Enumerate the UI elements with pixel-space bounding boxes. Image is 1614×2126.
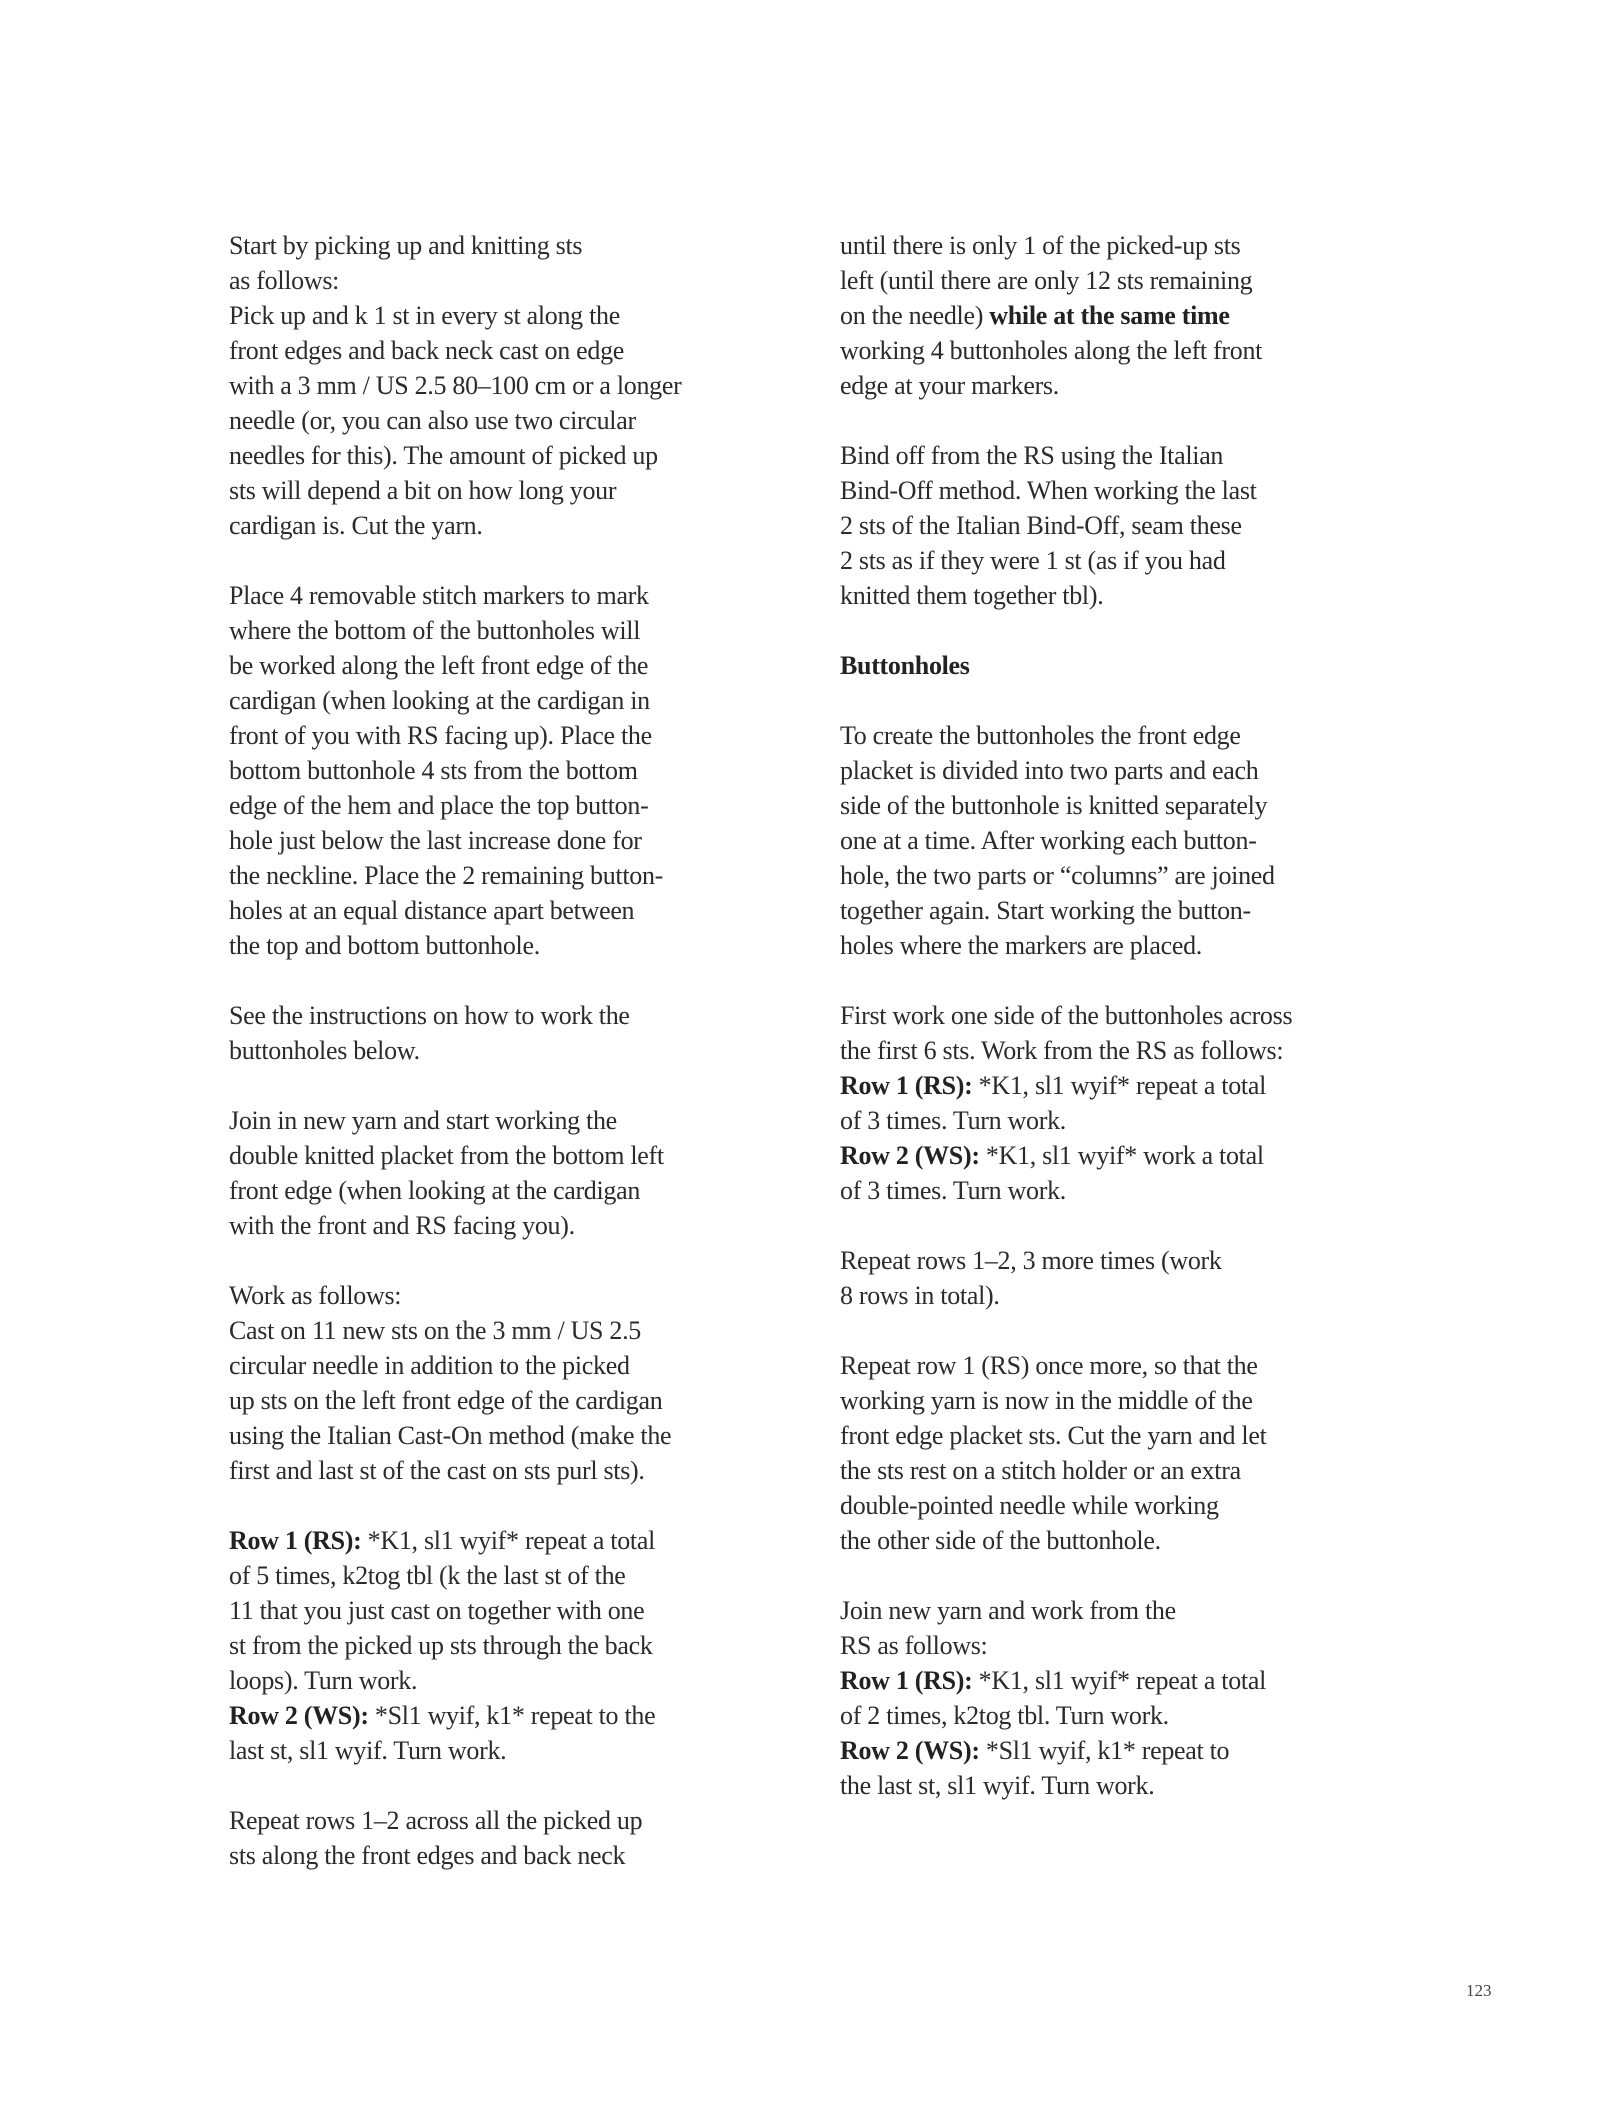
text-line: until there is only 1 of the picked-up s… bbox=[840, 228, 1440, 263]
text-line: front edges and back neck cast on edge bbox=[229, 333, 809, 368]
text-line: the sts rest on a stitch holder or an ex… bbox=[840, 1453, 1440, 1488]
row-text: *K1, sl1 wyif* work a total bbox=[980, 1141, 1264, 1170]
text-line: needles for this). The amount of picked … bbox=[229, 438, 809, 473]
row-label: Row 2 (WS): bbox=[840, 1141, 980, 1170]
paragraph-gap bbox=[840, 1313, 1440, 1348]
row-label: Row 2 (WS): bbox=[840, 1736, 980, 1765]
text-line: 8 rows in total). bbox=[840, 1278, 1440, 1313]
text-line: front edge (when looking at the cardigan bbox=[229, 1173, 809, 1208]
text-line: of 5 times, k2tog tbl (k the last st of … bbox=[229, 1558, 809, 1593]
text-line: 2 sts as if they were 1 st (as if you ha… bbox=[840, 543, 1440, 578]
text-line: Repeat rows 1–2, 3 more times (work bbox=[840, 1243, 1440, 1278]
text-line: where the bottom of the buttonholes will bbox=[229, 613, 809, 648]
row-text: *K1, sl1 wyif* repeat a total bbox=[361, 1526, 655, 1555]
text-line: Bind off from the RS using the Italian bbox=[840, 438, 1440, 473]
paragraph-repeat-rows-3-times: Repeat rows 1–2, 3 more times (work 8 ro… bbox=[840, 1243, 1440, 1313]
text-line: with a 3 mm / US 2.5 80–100 cm or a long… bbox=[229, 368, 809, 403]
text-line: Pick up and k 1 st in every st along the bbox=[229, 298, 809, 333]
text-line: First work one side of the buttonholes a… bbox=[840, 998, 1440, 1033]
row-text: *Sl1 wyif, k1* repeat to the bbox=[369, 1701, 656, 1730]
text-line: cardigan (when looking at the cardigan i… bbox=[229, 683, 809, 718]
text-line: 2 sts of the Italian Bind-Off, seam thes… bbox=[840, 508, 1440, 543]
row-1-instruction: Row 1 (RS): *K1, sl1 wyif* repeat a tota… bbox=[229, 1523, 809, 1558]
row-label: Row 2 (WS): bbox=[229, 1701, 369, 1730]
paragraph-repeat-rows: Repeat rows 1–2 across all the picked up… bbox=[229, 1803, 809, 1873]
text-line: st from the picked up sts through the ba… bbox=[229, 1628, 809, 1663]
text-line: Repeat row 1 (RS) once more, so that the bbox=[840, 1348, 1440, 1383]
text-line: using the Italian Cast-On method (make t… bbox=[229, 1418, 809, 1453]
text-line: Join in new yarn and start working the bbox=[229, 1103, 809, 1138]
page-number: 123 bbox=[1466, 1981, 1492, 2001]
paragraph-gap bbox=[840, 1558, 1440, 1593]
text-line: as follows: bbox=[229, 263, 809, 298]
text-line: left (until there are only 12 sts remain… bbox=[840, 263, 1440, 298]
text-line: side of the buttonhole is knitted separa… bbox=[840, 788, 1440, 823]
text-line: hole just below the last increase done f… bbox=[229, 823, 809, 858]
paragraph-gap bbox=[840, 403, 1440, 438]
text-line: double knitted placket from the bottom l… bbox=[229, 1138, 809, 1173]
text-line: knitted them together tbl). bbox=[840, 578, 1440, 613]
paragraph-pick-up-stitches: Start by picking up and knitting sts as … bbox=[229, 228, 809, 543]
text-line: Join new yarn and work from the bbox=[840, 1593, 1440, 1628]
text-line: 11 that you just cast on together with o… bbox=[229, 1593, 809, 1628]
text-line: hole, the two parts or “columns” are joi… bbox=[840, 858, 1440, 893]
text-line: cardigan is. Cut the yarn. bbox=[229, 508, 809, 543]
row-2-instruction: Row 2 (WS): *Sl1 wyif, k1* repeat to bbox=[840, 1733, 1440, 1768]
document-page: Start by picking up and knitting sts as … bbox=[0, 0, 1614, 2126]
row-text: *K1, sl1 wyif* repeat a total bbox=[972, 1071, 1266, 1100]
text-line: edge at your markers. bbox=[840, 368, 1440, 403]
paragraph-row-instructions: Row 1 (RS): *K1, sl1 wyif* repeat a tota… bbox=[229, 1523, 809, 1768]
text-line: front edge placket sts. Cut the yarn and… bbox=[840, 1418, 1440, 1453]
text-line: needle (or, you can also use two circula… bbox=[229, 403, 809, 438]
paragraph-gap bbox=[229, 1243, 809, 1278]
section-heading-buttonholes: Buttonholes bbox=[840, 648, 1440, 683]
text-line: of 3 times. Turn work. bbox=[840, 1103, 1440, 1138]
text-line: sts along the front edges and back neck bbox=[229, 1838, 809, 1873]
paragraph-cast-on: Work as follows: Cast on 11 new sts on t… bbox=[229, 1278, 809, 1488]
text-line: the neckline. Place the 2 remaining butt… bbox=[229, 858, 809, 893]
paragraph-gap bbox=[229, 1488, 809, 1523]
paragraph-other-side: Join new yarn and work from the RS as fo… bbox=[840, 1593, 1440, 1803]
text-line: together again. Start working the button… bbox=[840, 893, 1440, 928]
text-line: the last st, sl1 wyif. Turn work. bbox=[840, 1768, 1440, 1803]
text-line: holes where the markers are placed. bbox=[840, 928, 1440, 963]
text-line: working 4 buttonholes along the left fro… bbox=[840, 333, 1440, 368]
paragraph-gap bbox=[229, 1068, 809, 1103]
emphasis-while-same-time: while at the same time bbox=[989, 301, 1229, 330]
row-label: Row 1 (RS): bbox=[840, 1666, 972, 1695]
text-line: Cast on 11 new sts on the 3 mm / US 2.5 bbox=[229, 1313, 809, 1348]
paragraph-first-side: First work one side of the buttonholes a… bbox=[840, 998, 1440, 1208]
text-line: To create the buttonholes the front edge bbox=[840, 718, 1440, 753]
text-line: on the needle) while at the same time bbox=[840, 298, 1440, 333]
left-column: Start by picking up and knitting sts as … bbox=[229, 228, 809, 1873]
text-line: Repeat rows 1–2 across all the picked up bbox=[229, 1803, 809, 1838]
text-line: Bind-Off method. When working the last bbox=[840, 473, 1440, 508]
text-line: bottom buttonhole 4 sts from the bottom bbox=[229, 753, 809, 788]
text-line: the first 6 sts. Work from the RS as fol… bbox=[840, 1033, 1440, 1068]
text-line: buttonholes below. bbox=[229, 1033, 809, 1068]
text-line: Work as follows: bbox=[229, 1278, 809, 1313]
paragraph-gap bbox=[840, 683, 1440, 718]
paragraph-repeat-row-1: Repeat row 1 (RS) once more, so that the… bbox=[840, 1348, 1440, 1558]
paragraph-gap bbox=[229, 543, 809, 578]
paragraph-gap bbox=[229, 1768, 809, 1803]
text-line: circular needle in addition to the picke… bbox=[229, 1348, 809, 1383]
text-line: front of you with RS facing up). Place t… bbox=[229, 718, 809, 753]
text-line: Start by picking up and knitting sts bbox=[229, 228, 809, 263]
row-text: *K1, sl1 wyif* repeat a total bbox=[972, 1666, 1266, 1695]
text-line: first and last st of the cast on sts pur… bbox=[229, 1453, 809, 1488]
paragraph-join-yarn: Join in new yarn and start working the d… bbox=[229, 1103, 809, 1243]
text-line: See the instructions on how to work the bbox=[229, 998, 809, 1033]
paragraph-buttonhole-intro: To create the buttonholes the front edge… bbox=[840, 718, 1440, 963]
row-label: Row 1 (RS): bbox=[229, 1526, 361, 1555]
text-line: RS as follows: bbox=[840, 1628, 1440, 1663]
paragraph-gap bbox=[840, 963, 1440, 998]
row-text: *Sl1 wyif, k1* repeat to bbox=[980, 1736, 1230, 1765]
text-line: be worked along the left front edge of t… bbox=[229, 648, 809, 683]
row-1-instruction: Row 1 (RS): *K1, sl1 wyif* repeat a tota… bbox=[840, 1663, 1440, 1698]
text-line: of 2 times, k2tog tbl. Turn work. bbox=[840, 1698, 1440, 1733]
paragraph-bind-off: Bind off from the RS using the Italian B… bbox=[840, 438, 1440, 613]
right-column: until there is only 1 of the picked-up s… bbox=[840, 228, 1440, 1803]
text-line: the other side of the buttonhole. bbox=[840, 1523, 1440, 1558]
paragraph-gap bbox=[840, 1208, 1440, 1243]
text-line: holes at an equal distance apart between bbox=[229, 893, 809, 928]
text-line: sts will depend a bit on how long your bbox=[229, 473, 809, 508]
row-2-instruction: Row 2 (WS): *Sl1 wyif, k1* repeat to the bbox=[229, 1698, 809, 1733]
text-line: double-pointed needle while working bbox=[840, 1488, 1440, 1523]
paragraph-gap bbox=[840, 613, 1440, 648]
text-line: with the front and RS facing you). bbox=[229, 1208, 809, 1243]
text-line: Place 4 removable stitch markers to mark bbox=[229, 578, 809, 613]
row-2-instruction: Row 2 (WS): *K1, sl1 wyif* work a total bbox=[840, 1138, 1440, 1173]
text-line: edge of the hem and place the top button… bbox=[229, 788, 809, 823]
text-line: loops). Turn work. bbox=[229, 1663, 809, 1698]
text-line: one at a time. After working each button… bbox=[840, 823, 1440, 858]
text-line: the top and bottom buttonhole. bbox=[229, 928, 809, 963]
row-label: Row 1 (RS): bbox=[840, 1071, 972, 1100]
text-line: working yarn is now in the middle of the bbox=[840, 1383, 1440, 1418]
text-line: up sts on the left front edge of the car… bbox=[229, 1383, 809, 1418]
text-line: last st, sl1 wyif. Turn work. bbox=[229, 1733, 809, 1768]
text-run: on the needle) bbox=[840, 301, 989, 330]
paragraph-continue-placket: until there is only 1 of the picked-up s… bbox=[840, 228, 1440, 403]
text-line: placket is divided into two parts and ea… bbox=[840, 753, 1440, 788]
paragraph-gap bbox=[229, 963, 809, 998]
row-1-instruction: Row 1 (RS): *K1, sl1 wyif* repeat a tota… bbox=[840, 1068, 1440, 1103]
paragraph-see-instructions: See the instructions on how to work the … bbox=[229, 998, 809, 1068]
text-line: of 3 times. Turn work. bbox=[840, 1173, 1440, 1208]
paragraph-stitch-markers: Place 4 removable stitch markers to mark… bbox=[229, 578, 809, 963]
